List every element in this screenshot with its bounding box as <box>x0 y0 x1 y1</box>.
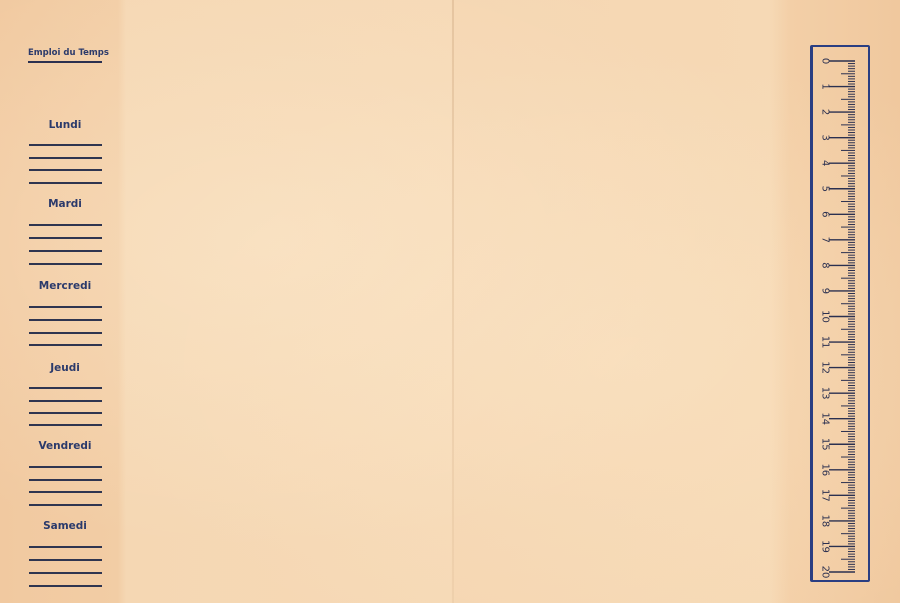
writing-line <box>29 546 102 548</box>
day-block-mardi: Mardi <box>24 197 106 211</box>
writing-line <box>29 412 102 414</box>
writing-line <box>29 237 102 239</box>
ruler-label: 18 <box>820 515 831 528</box>
ruler-label: 12 <box>820 361 831 374</box>
ruler-label: 7 <box>820 237 831 243</box>
title-underline <box>28 61 102 63</box>
writing-line <box>29 144 102 146</box>
ruler-scale: 01234567891011121314151617181920 <box>813 47 869 580</box>
ruler-label: 6 <box>820 211 831 217</box>
ruler-label: 9 <box>820 288 831 294</box>
ruler-label: 0 <box>820 58 831 64</box>
ruler-label: 11 <box>820 336 831 349</box>
writing-line <box>29 424 102 426</box>
day-block-mercredi: Mercredi <box>24 279 106 293</box>
paper-background <box>0 0 900 603</box>
ruler-label: 10 <box>820 310 831 323</box>
ruler-label: 4 <box>820 160 831 166</box>
schedule-panel: Emploi du Temps Lundi Mardi Mercredi Jeu… <box>0 0 124 603</box>
day-block-vendredi: Vendredi <box>24 439 106 453</box>
day-block-samedi: Samedi <box>24 519 106 533</box>
writing-line <box>29 466 102 468</box>
ruler-label: 19 <box>820 540 831 553</box>
writing-line <box>29 491 102 493</box>
writing-line <box>29 319 102 321</box>
ruler-label: 20 <box>820 566 831 579</box>
ruler-label: 16 <box>820 463 831 476</box>
writing-line <box>29 157 102 159</box>
ruler-label: 15 <box>820 438 831 451</box>
ruler-label: 2 <box>820 109 831 115</box>
writing-line <box>29 182 102 184</box>
day-block-lundi: Lundi <box>24 118 106 132</box>
ruler-label: 17 <box>820 489 831 502</box>
writing-line <box>29 559 102 561</box>
day-label: Vendredi <box>24 439 106 453</box>
writing-line <box>29 169 102 171</box>
writing-line <box>29 332 102 334</box>
printed-ruler: 01234567891011121314151617181920 <box>810 45 870 582</box>
writing-line <box>29 585 102 587</box>
writing-line <box>29 572 102 574</box>
day-label: Samedi <box>24 519 106 533</box>
ruler-label: 3 <box>820 134 831 140</box>
day-label: Jeudi <box>24 361 106 375</box>
ruler-label: 14 <box>820 412 831 425</box>
day-label: Mercredi <box>24 279 106 293</box>
writing-line <box>29 306 102 308</box>
writing-line <box>29 387 102 389</box>
day-label: Mardi <box>24 197 106 211</box>
ruler-label: 13 <box>820 387 831 400</box>
writing-line <box>29 250 102 252</box>
ruler-label: 8 <box>820 262 831 268</box>
writing-line <box>29 504 102 506</box>
day-label: Lundi <box>24 118 106 132</box>
writing-line <box>29 479 102 481</box>
writing-line <box>29 344 102 346</box>
ruler-label: 5 <box>820 186 831 192</box>
writing-line <box>29 263 102 265</box>
ruler-label: 1 <box>820 83 831 89</box>
schedule-title: Emploi du Temps <box>28 48 104 58</box>
writing-line <box>29 224 102 226</box>
writing-line <box>29 400 102 402</box>
day-block-jeudi: Jeudi <box>24 361 106 375</box>
center-fold <box>452 0 454 603</box>
